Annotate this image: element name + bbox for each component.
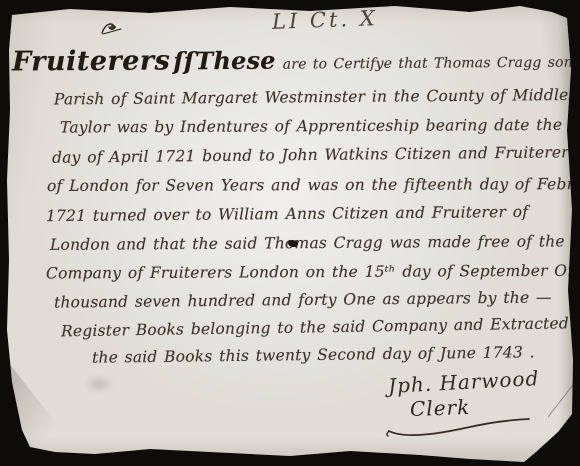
manuscript-line: the said Books this twenty Second day of… — [92, 343, 535, 366]
right-edge-shadow — [556, 10, 578, 440]
paper-stain — [84, 376, 114, 392]
manuscript-line: Register Books belonging to the said Com… — [61, 314, 580, 341]
manuscript-line: thousand seven hundred and forty One as … — [54, 288, 552, 311]
document-opening-line: Fruiterers ſſ These are to Certifye that… — [12, 41, 580, 77]
opening-line-text: are to Certifye that Thomas Cragg son of… — [283, 53, 580, 72]
manuscript-line: Taylor was by Indentures of Apprenticesh… — [60, 116, 580, 137]
manuscript-line: day of April 1721 bound to John Watkins … — [52, 143, 569, 166]
manuscript-line: Parish of Saint Margaret Westminster in … — [54, 86, 580, 109]
scilicet-mark: ſſ — [173, 46, 194, 75]
manuscript-line: London and that the said Thomas Cragg wa… — [50, 232, 580, 254]
signature-flourish — [385, 414, 535, 440]
signature-name: Jph. Harwood — [387, 366, 539, 398]
ink-scribble-icon — [98, 18, 126, 40]
photo-background: LI Ct. X Fruiterers ſſ These are to Cert… — [0, 0, 580, 466]
docket-notation: LI Ct. X — [272, 6, 379, 34]
opening-word-fruiterers: Fruiterers — [12, 45, 171, 77]
manuscript-line: 1721 turned over to William Anns Citizen… — [46, 203, 528, 225]
manuscript-line: Company of Fruiterers London on the 15ᵗʰ… — [46, 262, 580, 283]
opening-word-these: These — [195, 46, 276, 76]
document-paper: LI Ct. X Fruiterers ſſ These are to Cert… — [0, 0, 580, 466]
manuscript-line: of London for Seven Years and was on the… — [47, 175, 580, 195]
bottom-left-fold-shadow — [4, 350, 74, 460]
